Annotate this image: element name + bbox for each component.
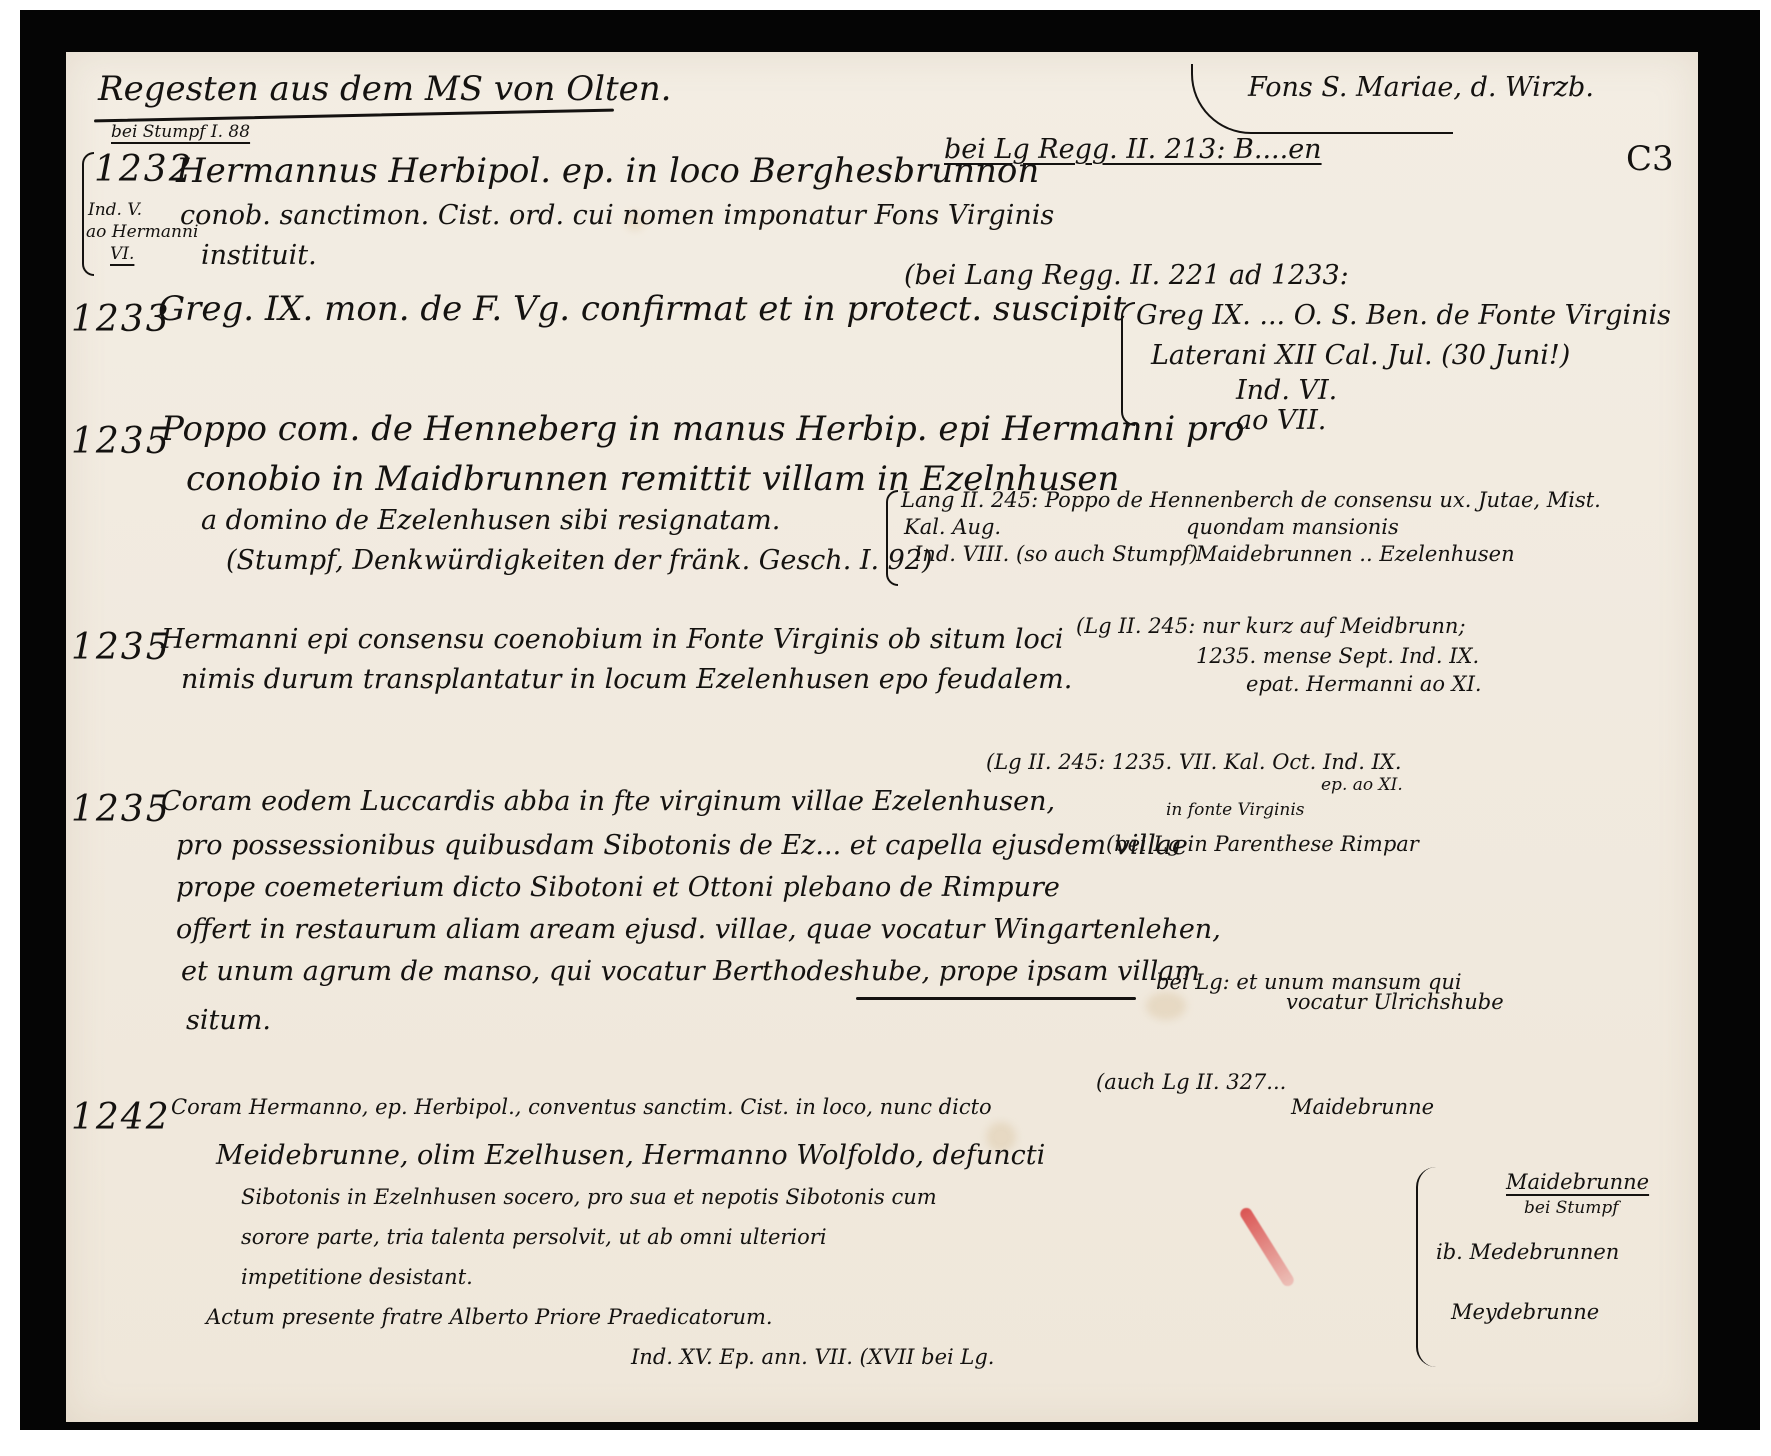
paper-stain bbox=[1146, 992, 1186, 1020]
reference-note: bei Stumpf I. 88 bbox=[111, 124, 250, 141]
entry-line: instituit. bbox=[201, 242, 317, 269]
side-block-line: (bei Lg in Parenthese Rimpar bbox=[1106, 834, 1419, 855]
margin-variant: Meydebrunne bbox=[1451, 1302, 1599, 1323]
side-note: (bei Lang Regg. II. 221 ad 1233: bbox=[904, 262, 1349, 289]
entry-year: 1235 bbox=[71, 630, 171, 666]
margin-note: VI. bbox=[110, 246, 134, 263]
side-note: vocatur Ulrichshube bbox=[1286, 992, 1504, 1013]
entry-line: Greg. IX. mon. de F. Vg. confirmat et in… bbox=[158, 292, 1126, 326]
page-mark: C3 bbox=[1626, 142, 1674, 176]
entry-line: a domino de Ezelenhusen sibi resignatam. bbox=[201, 507, 780, 534]
page-title: Regesten aus dem MS von Olten. bbox=[98, 72, 671, 106]
bracket-line bbox=[1416, 1167, 1438, 1367]
side-block-line: (Lg II. 245: 1235. VII. Kal. Oct. Ind. I… bbox=[986, 752, 1402, 773]
entry-line: Sibotonis in Ezelnhusen socero, pro sua … bbox=[241, 1187, 937, 1208]
entry-line: Ind. XV. Ep. ann. VII. (XVII bei Lg. bbox=[631, 1347, 994, 1368]
entry-line: impetitione desistant. bbox=[241, 1267, 473, 1288]
entry-year: 1242 bbox=[71, 1100, 171, 1136]
entry-line: offert in restaurum aliam aream ejusd. v… bbox=[176, 916, 1221, 943]
connector-line bbox=[856, 997, 1136, 1000]
side-block-line: Laterani XII Cal. Jul. (30 Juni!) bbox=[1151, 342, 1570, 369]
entry-line: prope coemeterium dicto Sibotoni et Otto… bbox=[176, 874, 1060, 901]
entry-year: 1235 bbox=[71, 792, 171, 828]
side-block-line: ao VII. bbox=[1236, 407, 1326, 434]
entry-line: Hermanni epi consensu coenobium in Fonte… bbox=[161, 626, 1063, 653]
title-underline bbox=[94, 109, 614, 123]
side-block-line: Ind. VIII. (so auch Stumpf) bbox=[914, 544, 1198, 565]
entry-line: conob. sanctimon. Cist. ord. cui nomen i… bbox=[180, 202, 1054, 229]
entry-line: sorore parte, tria talenta persolvit, ut… bbox=[241, 1227, 827, 1248]
entry-line: Hermannus Herbipol. ep. in loco Berghesb… bbox=[176, 154, 1039, 188]
entry-line: Coram eodem Luccardis abba in fte virgin… bbox=[161, 788, 1055, 815]
side-note: Maidebrunnen .. Ezelenhusen bbox=[1196, 544, 1515, 565]
entry-line: (Stumpf, Denkwürdigkeiten der fränk. Ges… bbox=[226, 547, 933, 574]
entry-line: Actum presente fratre Alberto Priore Pra… bbox=[206, 1307, 773, 1328]
side-block-line: Greg IX. ... O. S. Ben. de Fonte Virgini… bbox=[1136, 302, 1671, 329]
side-note: Maidebrunne bbox=[1291, 1097, 1434, 1118]
entry-year: 1233 bbox=[71, 302, 171, 338]
side-block-line: Ind. VI. bbox=[1236, 377, 1337, 404]
margin-note: Ind. V. bbox=[88, 202, 142, 219]
red-pencil-mark bbox=[1238, 1206, 1296, 1289]
side-block-line: epat. Hermanni ao XI. bbox=[1246, 674, 1482, 695]
entry-line: pro possessionibus quibusdam Sibotonis d… bbox=[176, 832, 1188, 859]
entry-year: 1235 bbox=[71, 424, 171, 460]
entry-line: situm. bbox=[186, 1007, 271, 1034]
side-note: (auch Lg II. 327... bbox=[1096, 1072, 1286, 1093]
side-block-line: Kal. Aug. bbox=[904, 517, 1001, 538]
margin-variant: bei Stumpf bbox=[1524, 1200, 1619, 1217]
side-block-line: in fonte Virginis bbox=[1166, 802, 1305, 819]
entry-line: Meidebrunne, olim Ezelhusen, Hermanno Wo… bbox=[216, 1142, 1045, 1169]
side-block-line: ep. ao XI. bbox=[1321, 777, 1403, 794]
side-block-line: Lang II. 245: Poppo de Hennenberch de co… bbox=[901, 490, 1601, 511]
entry-line: et unum agrum de manso, qui vocatur Bert… bbox=[181, 958, 1200, 985]
brace bbox=[886, 490, 898, 586]
entry-line: nimis durum transplantatur in locum Ezel… bbox=[181, 666, 1072, 693]
brace bbox=[1121, 302, 1135, 426]
margin-variant: Maidebrunne bbox=[1506, 1172, 1649, 1193]
margin-variant: ib. Medebrunnen bbox=[1436, 1242, 1619, 1263]
top-right-note: Fons S. Mariae, d. Wirzb. bbox=[1248, 74, 1594, 101]
manuscript-page: Regesten aus dem MS von Olten. bei Stump… bbox=[66, 52, 1698, 1422]
side-note: quondam mansionis bbox=[1186, 517, 1399, 538]
side-note: bei Lg Regg. II. 213: B....en bbox=[944, 136, 1322, 163]
entry-line: Coram Hermanno, ep. Herbipol., conventus… bbox=[171, 1097, 992, 1118]
side-block-line: (Lg II. 245: nur kurz auf Meidbrunn; bbox=[1076, 616, 1466, 637]
side-block-line: 1235. mense Sept. Ind. IX. bbox=[1196, 646, 1479, 667]
page-frame: Regesten aus dem MS von Olten. bei Stump… bbox=[0, 0, 1771, 1456]
entry-line: Poppo com. de Henneberg in manus Herbip.… bbox=[161, 412, 1244, 446]
